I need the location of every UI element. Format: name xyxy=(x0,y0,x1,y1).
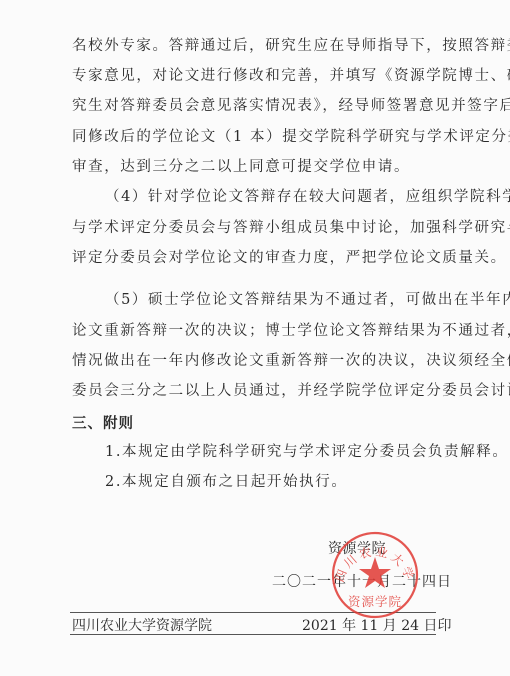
seal-bottom-text: 资源学院 xyxy=(348,594,402,609)
para1-line-3: 究生对答辩委员会意见落实情况表》，经导师签署意见并签字后，连 xyxy=(72,97,434,115)
para5-line-3: 情况做出在一年内修改论文重新答辩一次的决议，决议须经全体答辩 xyxy=(72,352,434,370)
para4-line-2: 与学术评定分委员会与答辩小组成员集中讨论，加强科学研究与学术 xyxy=(72,219,434,237)
document-page: 名校外专家。答辩通过后，研究生应在导师指导下，按照答辩委员会 专家意见，对论文进… xyxy=(0,0,510,676)
footer-print-date: 2021 年 11 月 24 日印 xyxy=(302,615,452,635)
section-heading: 三、附则 xyxy=(72,412,134,433)
signature-org: 资源学院 xyxy=(328,538,386,558)
para4-line-3: 评定分委员会对学位论文的审查力度，严把学位论文质量关。 xyxy=(72,249,434,267)
para5-line-4: 委员会三分之二以上人员通过，并经学院学位评定分委员会讨论决定。 xyxy=(72,382,434,400)
para1-line-4: 同修改后的学位论文（1 本）提交学院科学研究与学术评定分委员会 xyxy=(72,128,434,146)
para5-line-1: （5）硕士学位论文答辩结果为不通过者，可做出在半年内修改 xyxy=(105,291,434,309)
appendix-item-2: 2.本规定自颁布之日起开始执行。 xyxy=(105,473,434,491)
footer-issuer: 四川农业大学资源学院 xyxy=(72,615,212,635)
footer-top-rule xyxy=(70,612,436,613)
para1-line-2: 专家意见，对论文进行修改和完善，并填写《资源学院博士、硕士研 xyxy=(72,67,434,85)
signature-date: 二〇二一年十一月二十四日 xyxy=(272,571,452,591)
para4-line-1: （4）针对学位论文答辩存在较大问题者，应组织学院科学研究 xyxy=(105,188,434,206)
para1-line-1: 名校外专家。答辩通过后，研究生应在导师指导下，按照答辩委员会 xyxy=(72,37,434,55)
para5-line-2: 论文重新答辩一次的决议；博士学位论文答辩结果为不通过者，可视 xyxy=(72,322,434,340)
footer-bottom-rule xyxy=(70,634,436,635)
para1-line-5: 审查，达到三分之二以上同意可提交学位申请。 xyxy=(72,158,434,176)
appendix-item-1: 1.本规定由学院科学研究与学术评定分委员会负责解释。 xyxy=(105,443,434,461)
